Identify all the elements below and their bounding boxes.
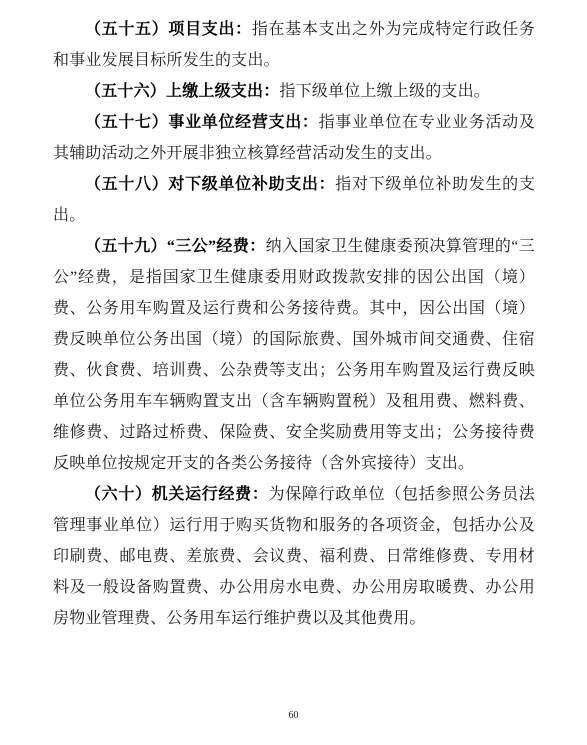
term-definition: 为保障行政单位（包括参照公务员法管理事业单位）运行用于购买货物和服务的各项资金，… bbox=[53, 486, 535, 627]
document-page: （五十五）项目支出：指在基本支出之外为完成特定行政任务和事业发展目标所发生的支出… bbox=[0, 0, 587, 745]
term-label: （五十七）事业单位经营支出： bbox=[85, 114, 319, 131]
document-body: （五十五）项目支出：指在基本支出之外为完成特定行政任务和事业发展目标所发生的支出… bbox=[53, 14, 535, 634]
definition-paragraph: （五十六）上缴上级支出：指下级单位上缴上级的支出。 bbox=[53, 76, 535, 107]
definition-paragraph: （五十九）“三公”经费：纳入国家卫生健康委预决算管理的“三公”经费，是指国家卫生… bbox=[53, 231, 535, 479]
term-label: （五十五）项目支出： bbox=[85, 21, 252, 38]
term-definition: 纳入国家卫生健康委预决算管理的“三公”经费，是指国家卫生健康委用财政拨款安排的因… bbox=[53, 238, 535, 472]
definition-paragraph: （五十五）项目支出：指在基本支出之外为完成特定行政任务和事业发展目标所发生的支出… bbox=[53, 14, 535, 76]
term-label: （五十九）“三公”经费： bbox=[85, 238, 266, 255]
definition-paragraph: （五十八）对下级单位补助支出：指对下级单位补助发生的支出。 bbox=[53, 169, 535, 231]
page-number: 60 bbox=[0, 710, 587, 721]
definition-paragraph: （五十七）事业单位经营支出：指事业单位在专业业务活动及其辅助活动之外开展非独立核… bbox=[53, 107, 535, 169]
term-label: （五十八）对下级单位补助支出： bbox=[85, 176, 335, 193]
term-label: （六十）机关运行经费： bbox=[85, 486, 269, 503]
term-definition: 指下级单位上缴上级的支出。 bbox=[279, 83, 490, 100]
definition-paragraph: （六十）机关运行经费：为保障行政单位（包括参照公务员法管理事业单位）运行用于购买… bbox=[53, 479, 535, 634]
term-label: （五十六）上缴上级支出： bbox=[85, 83, 279, 100]
